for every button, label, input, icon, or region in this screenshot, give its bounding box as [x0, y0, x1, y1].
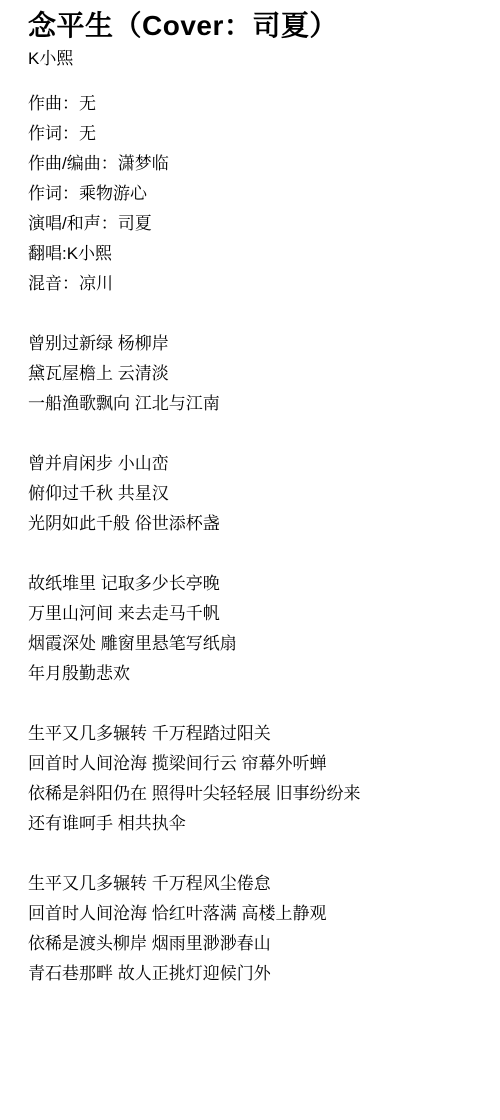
lyric-stanza-4: 生平又几多辗转 千万程踏过阳关 回首时人间沧海 揽梁间行云 帘幕外听蝉 依稀是斜…	[28, 719, 480, 839]
lyric-line: 回首时人间沧海 恰红叶落满 高楼上静观	[28, 899, 480, 929]
artist-name: K小熙	[28, 47, 480, 71]
lyric-line: 还有谁呵手 相共执伞	[28, 809, 480, 839]
credit-line-lyricist-2: 作词：乘物游心	[28, 179, 480, 209]
lyric-line: 依稀是渡头柳岸 烟雨里渺渺春山	[28, 929, 480, 959]
lyric-line: 年月殷勤悲欢	[28, 659, 480, 689]
lyric-line: 曾并肩闲步 小山峦	[28, 449, 480, 479]
lyric-line: 生平又几多辗转 千万程踏过阳关	[28, 719, 480, 749]
lyric-stanza-1: 曾别过新绿 杨柳岸 黛瓦屋檐上 云清淡 一船渔歌飘向 江北与江南	[28, 329, 480, 419]
credit-line-cover-singer: 翻唱:K小熙	[28, 239, 480, 269]
lyric-line: 万里山河间 来去走马千帆	[28, 599, 480, 629]
lyric-stanza-3: 故纸堆里 记取多少长亭晚 万里山河间 来去走马千帆 烟霞深处 雕窗里悬笔写纸扇 …	[28, 569, 480, 689]
lyric-line: 黛瓦屋檐上 云清淡	[28, 359, 480, 389]
lyric-stanza-2: 曾并肩闲步 小山峦 俯仰过千秋 共星汉 光阴如此千般 俗世添杯盏	[28, 449, 480, 539]
lyric-line: 烟霞深处 雕窗里悬笔写纸扇	[28, 629, 480, 659]
credit-line-mixing: 混音：凉川	[28, 269, 480, 299]
song-title: 念平生（Cover：司夏）	[28, 8, 480, 44]
song-header: 念平生（Cover：司夏） K小熙	[28, 8, 480, 71]
credit-line-composer: 作曲：无	[28, 89, 480, 119]
lyric-line: 回首时人间沧海 揽梁间行云 帘幕外听蝉	[28, 749, 480, 779]
credit-line-vocal-harmony: 演唱/和声：司夏	[28, 209, 480, 239]
credit-line-lyricist: 作词：无	[28, 119, 480, 149]
lyric-line: 一船渔歌飘向 江北与江南	[28, 389, 480, 419]
lyric-line: 光阴如此千般 俗世添杯盏	[28, 509, 480, 539]
lyric-line: 故纸堆里 记取多少长亭晚	[28, 569, 480, 599]
credit-line-composer-arranger: 作曲/编曲：潇梦临	[28, 149, 480, 179]
lyric-line: 俯仰过千秋 共星汉	[28, 479, 480, 509]
credits-block: 作曲：无 作词：无 作曲/编曲：潇梦临 作词：乘物游心 演唱/和声：司夏 翻唱:…	[28, 89, 480, 299]
lyric-stanza-5: 生平又几多辗转 千万程风尘倦怠 回首时人间沧海 恰红叶落满 高楼上静观 依稀是渡…	[28, 869, 480, 989]
lyric-line: 依稀是斜阳仍在 照得叶尖轻轻展 旧事纷纷来	[28, 779, 480, 809]
lyric-line: 曾别过新绿 杨柳岸	[28, 329, 480, 359]
lyric-line: 青石巷那畔 故人正挑灯迎候门外	[28, 959, 480, 989]
lyric-line: 生平又几多辗转 千万程风尘倦怠	[28, 869, 480, 899]
